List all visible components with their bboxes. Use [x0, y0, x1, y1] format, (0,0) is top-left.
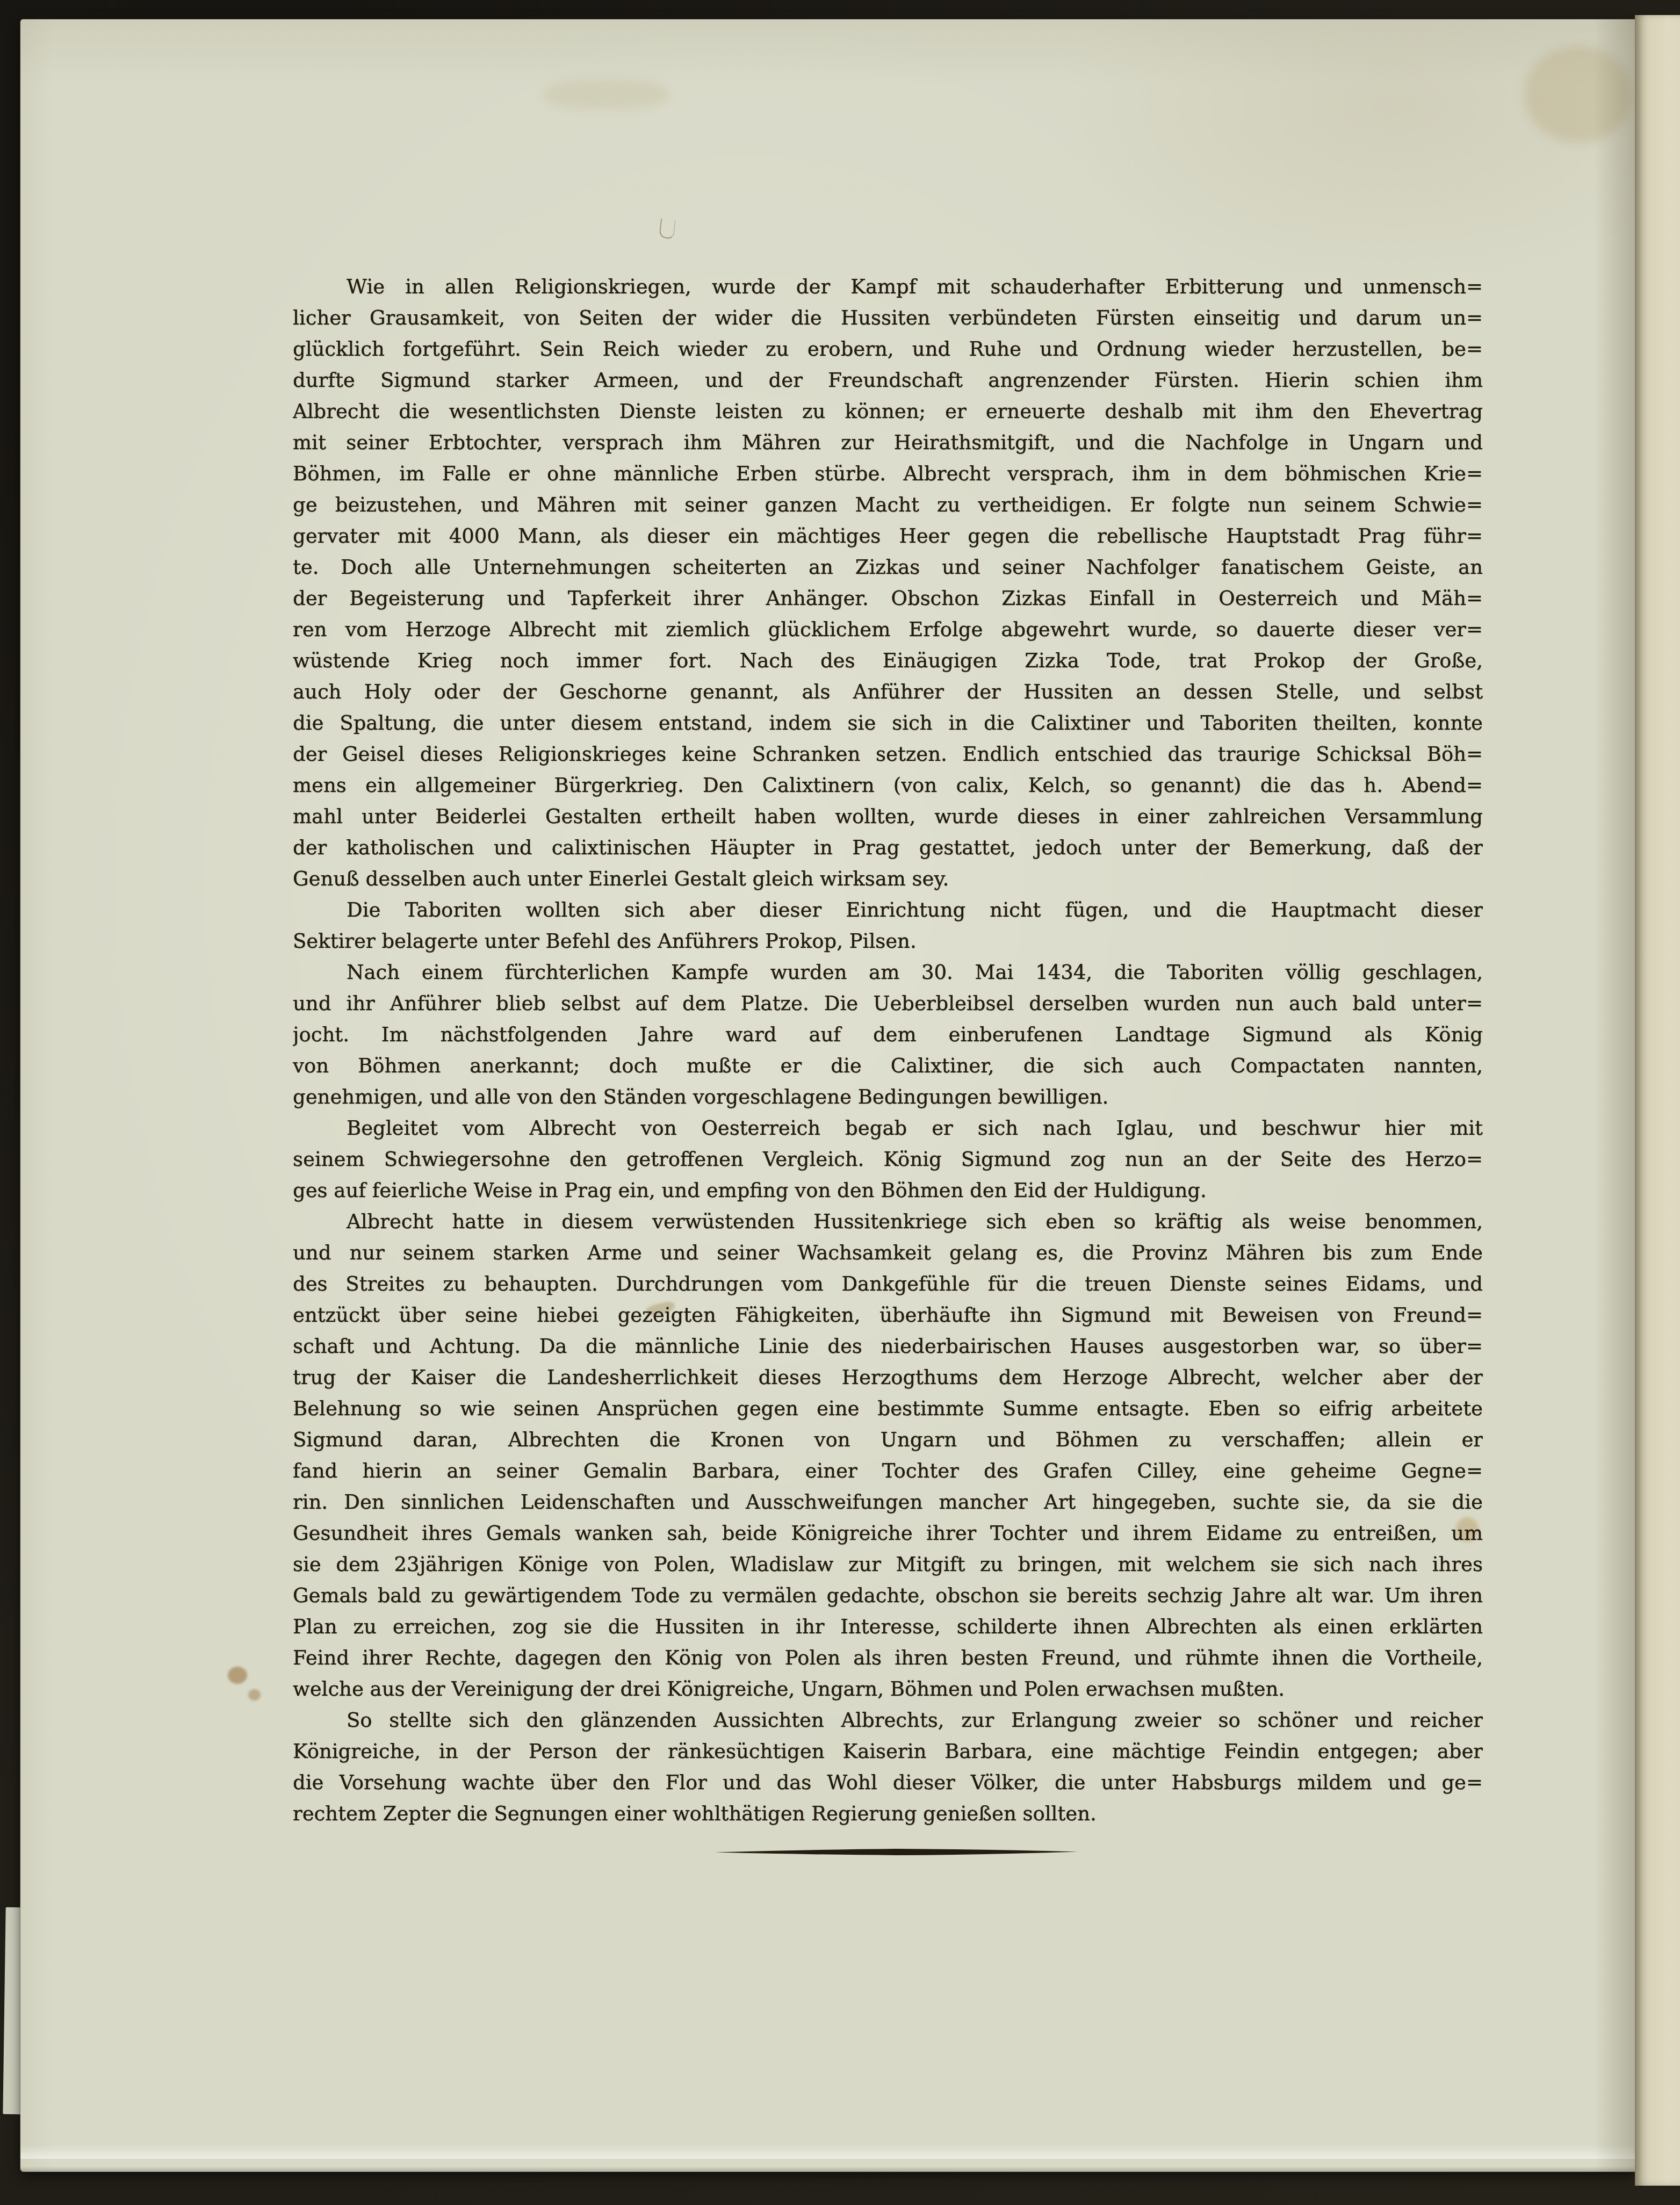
stain	[248, 1689, 261, 1700]
text-line: auch Holy oder der Geschorne genannt, al…	[293, 676, 1483, 708]
text-line: Böhmen, im Falle er ohne männliche Erben…	[293, 458, 1483, 489]
text-line: die Vorsehung wachte über den Flor und d…	[293, 1767, 1483, 1798]
text-line: mens ein allgemeiner Bürgerkrieg. Den Ca…	[293, 770, 1483, 801]
text-line: schaft und Achtung. Da die männliche Lin…	[293, 1331, 1483, 1362]
text-line: seinem Schwiegersohne den getroffenen Ve…	[293, 1144, 1483, 1175]
text-line: Königreiche, in der Person der ränkesüch…	[293, 1736, 1483, 1767]
text-line: Plan zu erreichen, zog sie die Hussiten …	[293, 1611, 1483, 1642]
text-line: sie dem 23jährigen Könige von Polen, Wla…	[293, 1549, 1483, 1580]
text-line: fand hierin an seiner Gemalin Barbara, e…	[293, 1455, 1483, 1487]
stain	[228, 1667, 247, 1684]
text-line: So stellte sich den glänzenden Aussichte…	[293, 1705, 1483, 1736]
scan-background: { "scan": { "kind": "book-page-scan", "l…	[0, 0, 1680, 2205]
text-line: mahl unter Beiderlei Gestalten ertheilt …	[293, 801, 1483, 832]
text-line: trug der Kaiser die Landesherrlichkeit d…	[293, 1362, 1483, 1393]
text-line: des Streites zu behaupten. Durchdrungen …	[293, 1269, 1483, 1300]
pencil-mark	[659, 219, 676, 240]
text-line: genehmigen, und alle von den Ständen vor…	[293, 1082, 1483, 1113]
text-line: der Begeisterung und Tapferkeit ihrer An…	[293, 583, 1483, 614]
text-line: Gemals bald zu gewärtigendem Tode zu ver…	[293, 1580, 1483, 1611]
text-line: Genuß desselben auch unter Einerlei Gest…	[293, 863, 1483, 895]
text-line: te. Doch alle Unternehmungen scheiterten…	[293, 552, 1483, 583]
text-line: mit seiner Erbtochter, versprach ihm Mäh…	[293, 427, 1483, 458]
text-line: wüstende Krieg noch immer fort. Nach des…	[293, 645, 1483, 676]
deckle-edge-highlight	[20, 2145, 1636, 2159]
text-line: Begleitet vom Albrecht von Oesterreich b…	[293, 1113, 1483, 1144]
text-line: entzückt über seine hiebei gezeigten Fäh…	[293, 1300, 1483, 1331]
text-line: Belehnung so wie seinen Ansprüchen gegen…	[293, 1393, 1483, 1424]
section-divider-rule	[713, 1848, 1079, 1856]
stain	[544, 80, 668, 109]
text-line: Die Taboriten wollten sich aber dieser E…	[293, 895, 1483, 926]
text-line: die Spaltung, die unter diesem entstand,…	[293, 708, 1483, 739]
book-page: Wie in allen Religionskriegen, wurde der…	[20, 19, 1636, 2172]
text-line: und nur seinem starken Arme und seiner W…	[293, 1237, 1483, 1269]
text-line: ren vom Herzoge Albrecht mit ziemlich gl…	[293, 614, 1483, 645]
text-block: Wie in allen Religionskriegen, wurde der…	[293, 271, 1483, 1829]
text-line: Feind ihrer Rechte, dagegen den König vo…	[293, 1642, 1483, 1674]
text-line: der katholischen und calixtinischen Häup…	[293, 832, 1483, 863]
page-bottom-edge	[20, 2166, 1636, 2172]
text-line: ges auf feierliche Weise in Prag ein, un…	[293, 1175, 1483, 1206]
text-line: Wie in allen Religionskriegen, wurde der…	[293, 271, 1483, 302]
text-line: Albrecht die wesentlichsten Dienste leis…	[293, 396, 1483, 427]
text-line: Gesundheit ihres Gemals wanken sah, beid…	[293, 1518, 1483, 1549]
text-line: Sigmund daran, Albrechten die Kronen von…	[293, 1424, 1483, 1455]
adjacent-page-edge	[1635, 15, 1680, 2186]
text-line: Nach einem fürchterlichen Kampfe wurden …	[293, 957, 1483, 988]
text-line: rin. Den sinnlichen Leidenschaften und A…	[293, 1487, 1483, 1518]
text-line: gervater mit 4000 Mann, als dieser ein m…	[293, 521, 1483, 552]
text-line: Sektirer belagerte unter Befehl des Anfü…	[293, 926, 1483, 957]
text-line: rechtem Zepter die Segnungen einer wohlt…	[293, 1798, 1483, 1829]
text-line: ge beizustehen, und Mähren mit seiner ga…	[293, 489, 1483, 521]
text-line: licher Grausamkeit, von Seiten der wider…	[293, 302, 1483, 334]
text-line: jocht. Im nächstfolgenden Jahre ward auf…	[293, 1019, 1483, 1050]
text-line: von Böhmen anerkannt; doch mußte er die …	[293, 1050, 1483, 1082]
text-line: glücklich fortgeführt. Sein Reich wieder…	[293, 334, 1483, 365]
text-line: der Geisel dieses Religionskrieges keine…	[293, 739, 1483, 770]
text-line: welche aus der Vereinigung der drei Köni…	[293, 1674, 1483, 1705]
text-line: und ihr Anführer blieb selbst auf dem Pl…	[293, 988, 1483, 1019]
stain	[1525, 46, 1632, 143]
text-line: durfte Sigmund starker Armeen, und der F…	[293, 365, 1483, 396]
text-line: Albrecht hatte in diesem verwüstenden Hu…	[293, 1206, 1483, 1237]
